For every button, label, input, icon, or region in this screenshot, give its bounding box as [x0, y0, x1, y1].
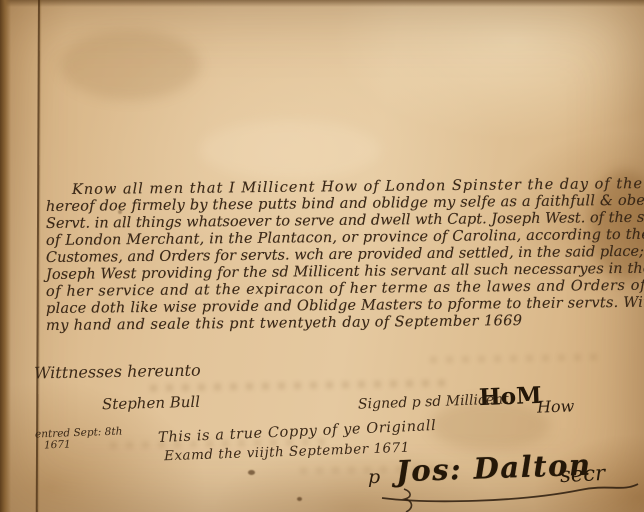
millicent-how-name: How [537, 396, 575, 416]
ink-spot [248, 470, 255, 475]
secretary-title: secr [559, 461, 605, 487]
ink-bleedthrough [150, 379, 450, 391]
paper-left-edge [0, 0, 11, 512]
witnesses-heading: Wittnesses hereunto [34, 361, 201, 383]
margin-entry-note: entred Sept: 8th [35, 425, 123, 440]
stain-blotch [60, 30, 200, 100]
millicent-how-mark: HoM [479, 382, 542, 411]
ink-bleedthrough [430, 354, 600, 364]
manuscript-scan: Know all men that I Millicent How of Lon… [0, 0, 644, 512]
secretary-signature-prefix: p [368, 466, 380, 488]
margin-entry-year: 1671 [44, 439, 71, 452]
signature-squiggle-flourish [398, 488, 418, 512]
ink-spot [297, 497, 302, 501]
witness-signature-bull: Stephen Bull [102, 393, 200, 414]
light-patch [200, 120, 380, 180]
paper-top-edge [0, 0, 644, 7]
